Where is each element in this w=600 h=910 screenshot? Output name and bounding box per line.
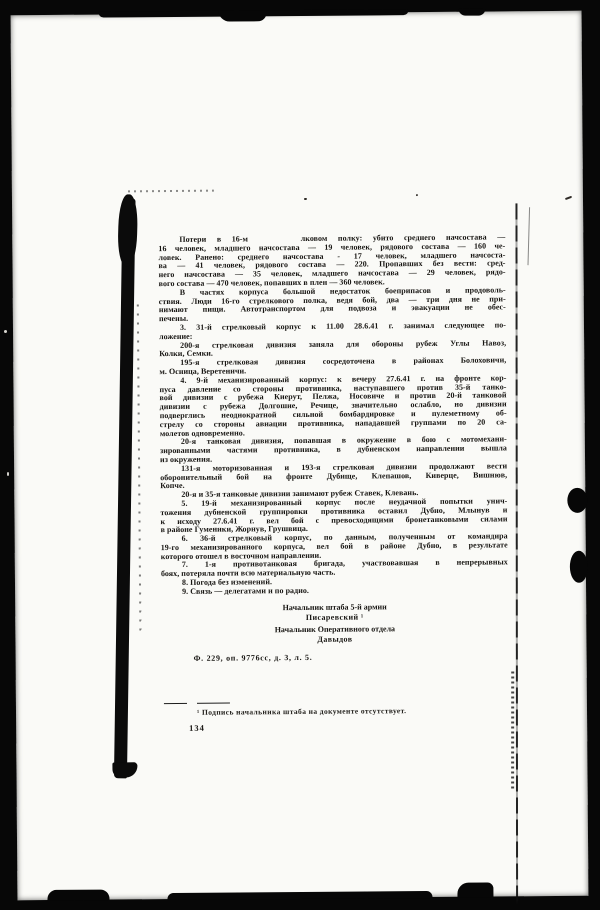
scan-noise-speck: [304, 198, 307, 200]
scan-border-blob: [570, 551, 588, 583]
archive-reference: Ф. 229, оп. 9776сс, д. 3, л. 5.: [194, 653, 313, 663]
text-line: 9. Связь — делегатами и по радио.: [161, 585, 508, 597]
scan-noise-speck: [565, 196, 572, 200]
scan-border-blob: [458, 9, 485, 16]
scan-border-blob: [47, 890, 109, 901]
signature-name: Давыдов: [161, 633, 508, 646]
book-gutter-shadow: [112, 762, 137, 777]
book-gutter-shadow: [114, 198, 136, 778]
signature-block: Начальник штаба 5-й армии Писаревский ¹ …: [161, 601, 508, 646]
scan-noise-speck: [416, 194, 418, 196]
document-body-text: Потери в 16-м лковом полку: убито средне…: [158, 233, 508, 596]
page-edge-marks: [511, 671, 514, 789]
page-number: 134: [189, 723, 205, 733]
scan-noise-speck: [7, 472, 9, 476]
footnote-separator: [164, 703, 230, 705]
book-gutter-shadow: [117, 194, 138, 266]
scan-noise-dots: [128, 190, 214, 193]
signature-name: Писаревский ¹: [161, 611, 508, 624]
scan-border-blob: [457, 882, 493, 897]
scan-border-blob: [567, 488, 587, 513]
scan-border-blob: [219, 10, 267, 21]
scan-border-smear: [167, 891, 432, 900]
footnote: ¹ Подпись начальника штаба на документе …: [197, 705, 497, 716]
scanned-page: Потери в 16-м лковом полку: убито средне…: [11, 11, 589, 900]
scan-noise-dots: [137, 304, 142, 634]
scan-noise-speck: [4, 330, 7, 333]
page-edge-line: [515, 203, 517, 903]
page-edge-line: [528, 207, 531, 265]
scan-background: { "document": { "language": "ru", "page_…: [0, 0, 600, 910]
